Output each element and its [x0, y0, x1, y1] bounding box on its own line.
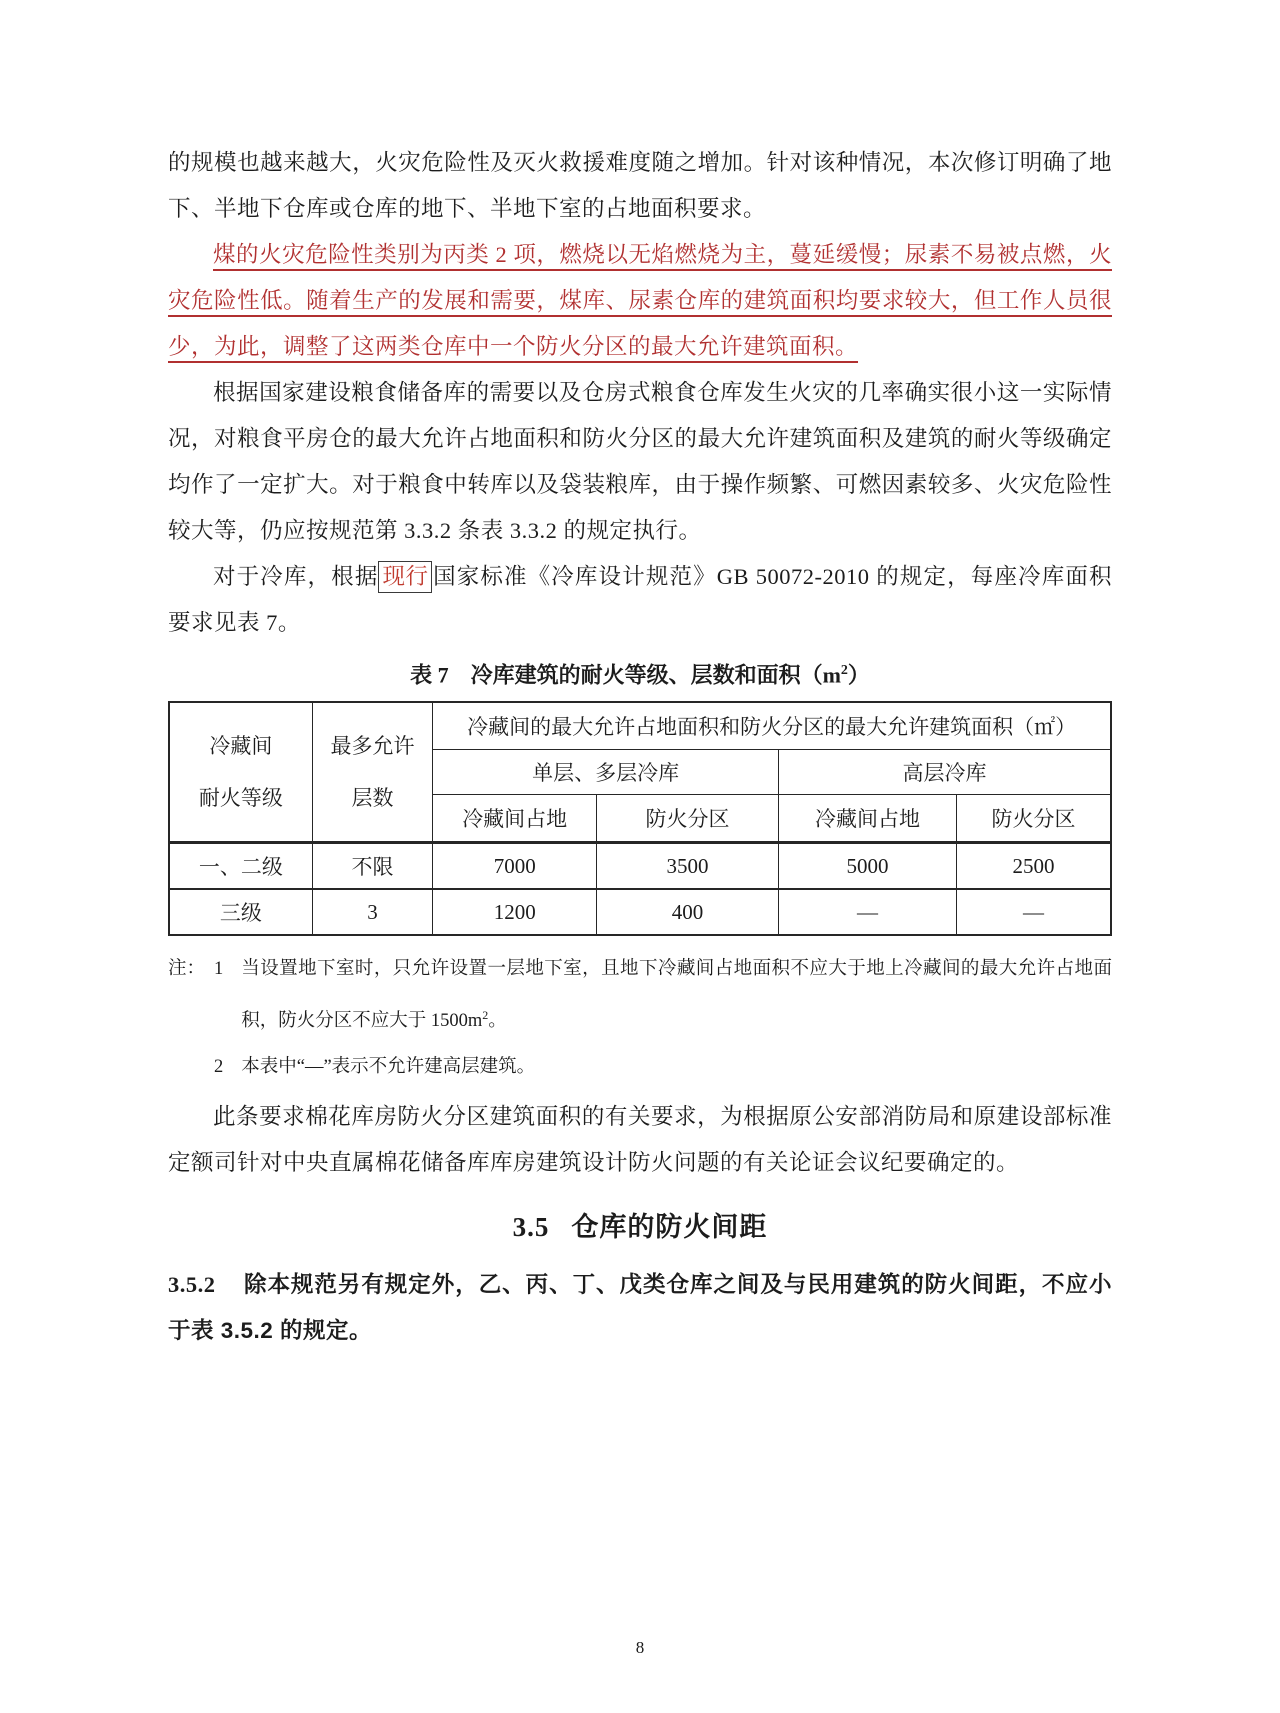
header-max-floors: 最多允许 层数 [312, 702, 433, 843]
section-title: 仓库的防火间距 [571, 1212, 767, 1242]
header-fire-resistance-grade: 冷藏间 耐火等级 [169, 702, 312, 843]
header-max-area-span: 冷藏间的最大允许占地面积和防火分区的最大允许建筑面积（㎡） [433, 702, 1111, 750]
paragraph-cotton-warehouse: 此条要求棉花库房防火分区建筑面积的有关要求，为根据原公安部消防局和原建设部标准定… [168, 1094, 1112, 1186]
document-page: 的规模也越来越大，火灾危险性及灭火救援难度随之增加。针对该种情况，本次修订明确了… [0, 0, 1280, 1713]
cell-hr-occupied: 5000 [778, 843, 956, 890]
cell-sm-compartment: 3500 [597, 843, 779, 890]
header-max-floors-line1: 最多允许 [313, 720, 433, 772]
header-fire-compartment-1: 防火分区 [597, 795, 779, 843]
table7-title: 表 7 冷库建筑的耐火等级、层数和面积（m2） [168, 648, 1112, 698]
cell-sm-occupied: 1200 [433, 889, 597, 935]
header-occupied-area-1: 冷藏间占地 [433, 795, 597, 843]
table7: 冷藏间 耐火等级 最多允许 层数 冷藏间的最大允许占地面积和防火分区的最大允许建… [168, 701, 1112, 936]
table7-note-1: 注： 1 当设置地下室时，只允许设置一层地下室，且地下冷藏间占地面积不应大于地上… [168, 946, 1112, 1044]
note-number: 1 [214, 946, 223, 1044]
cell-hr-compartment: 2500 [956, 843, 1111, 890]
header-occupied-area-2: 冷藏间占地 [778, 795, 956, 843]
note1-period: 。 [488, 1011, 507, 1031]
header-max-floors-line2: 层数 [313, 772, 433, 824]
cell-hr-compartment: — [956, 889, 1111, 935]
table7-notes: 注： 1 当设置地下室时，只允许设置一层地下室，且地下冷藏间占地面积不应大于地上… [168, 946, 1112, 1090]
header-single-multi-storey: 单层、多层冷库 [433, 750, 779, 795]
note-label: 注： [168, 946, 214, 1044]
cold-storage-text-before: 对于冷库，根据 [213, 564, 378, 589]
note1-body: 当设置地下室时，只允许设置一层地下室，且地下冷藏间占地面积不应大于地上冷藏间的最… [241, 959, 1112, 1031]
page-number: 8 [0, 1638, 1280, 1658]
header-fire-compartment-2: 防火分区 [956, 795, 1111, 843]
note-text: 本表中“—”表示不允许建高层建筑。 [241, 1044, 1112, 1090]
table7-title-superscript: 2 [841, 663, 848, 678]
paragraph-grain-storage: 根据国家建设粮食储备库的需要以及仓房式粮食仓库发生火灾的几率确实很小这一实际情况… [168, 370, 1112, 554]
cell-grade: 一、二级 [169, 843, 312, 890]
cell-floors: 3 [312, 889, 433, 935]
clause-3-5-2: 3.5.2除本规范另有规定外，乙、丙、丁、戊类仓库之间及与民用建筑的防火间距，不… [168, 1262, 1112, 1354]
paragraph-continuation: 的规模也越来越大，火灾危险性及灭火救援难度随之增加。针对该种情况，本次修订明确了… [168, 140, 1112, 232]
revision-box-xianxing: 现行 [378, 561, 432, 593]
paragraph-cold-storage: 对于冷库，根据现行国家标准《冷库设计规范》GB 50072-2010 的规定，每… [168, 554, 1112, 646]
table-row: 一、二级 不限 7000 3500 5000 2500 [169, 843, 1111, 890]
note-text: 当设置地下室时，只允许设置一层地下室，且地下冷藏间占地面积不应大于地上冷藏间的最… [241, 946, 1112, 1044]
header-high-rise: 高层冷库 [778, 750, 1111, 795]
cell-hr-occupied: — [778, 889, 956, 935]
clause-text: 除本规范另有规定外，乙、丙、丁、戊类仓库之间及与民用建筑的防火间距，不应小于表 … [168, 1272, 1112, 1343]
section-number: 3.5 [513, 1212, 550, 1242]
section-heading-3-5: 3.5仓库的防火间距 [168, 1202, 1112, 1252]
cell-sm-occupied: 7000 [433, 843, 597, 890]
table7-title-text: 表 7 冷库建筑的耐火等级、层数和面积（m [410, 662, 841, 687]
cell-sm-compartment: 400 [597, 889, 779, 935]
table-row: 三级 3 1200 400 — — [169, 889, 1111, 935]
table7-note-2: 2 本表中“—”表示不允许建高层建筑。 [168, 1044, 1112, 1090]
paragraph-coal-urea-revision: 煤的火灾危险性类别为丙类 2 项，燃烧以无焰燃烧为主，蔓延缓慢；尿素不易被点燃，… [168, 232, 1112, 370]
cell-grade: 三级 [169, 889, 312, 935]
header-fire-resistance-grade-line1: 冷藏间 [170, 720, 312, 772]
note-number: 2 [214, 1044, 223, 1090]
table7-title-close: ） [848, 662, 870, 687]
clause-number: 3.5.2 [168, 1272, 216, 1297]
cell-floors: 不限 [312, 843, 433, 890]
header-fire-resistance-grade-line2: 耐火等级 [170, 772, 312, 824]
